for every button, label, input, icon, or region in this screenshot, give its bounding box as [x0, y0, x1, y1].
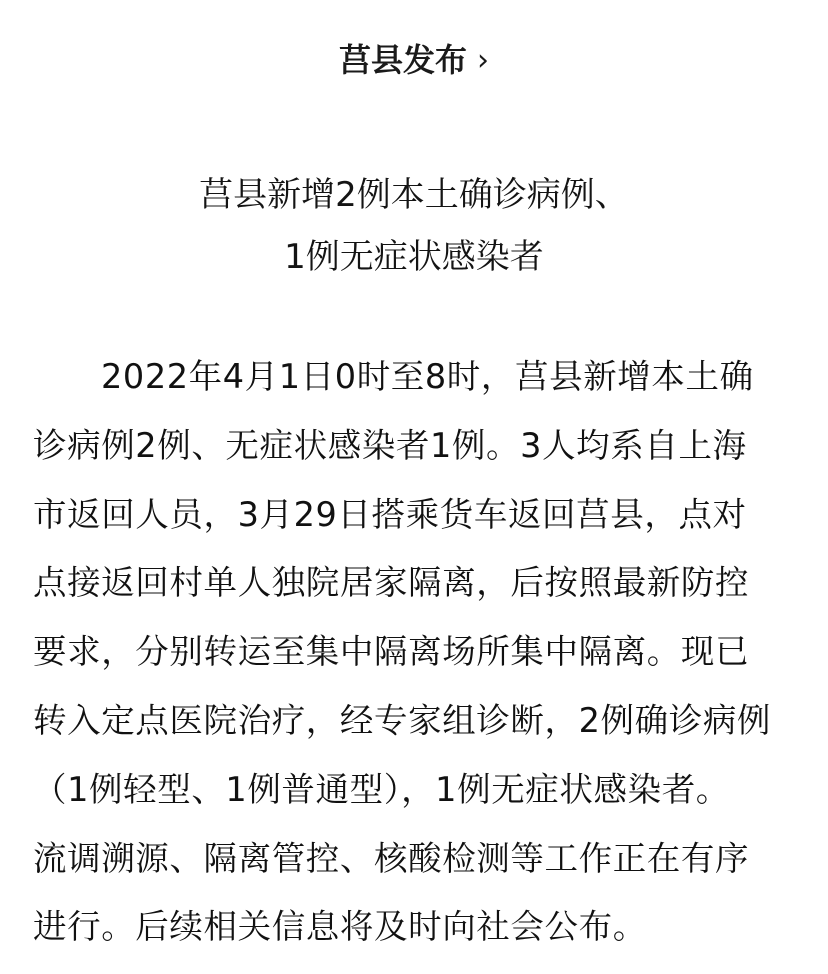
- article-title-line: 莒县新增2例本土确诊病例、: [0, 164, 828, 226]
- article-body: 2022年4月1日0时至8时，莒县新增本土确 诊病例2例、无症状感染者1例。3人…: [33, 343, 797, 962]
- chevron-right-icon: ›: [477, 37, 489, 85]
- article-title: 莒县新增2例本土确诊病例、 1例无症状感染者: [0, 164, 828, 288]
- article-body-line: 转入定点医院治疗，经专家组诊断，2例确诊病例: [33, 687, 797, 756]
- article-title-line: 1例无症状感染者: [0, 226, 828, 288]
- article-body-line: 流调溯源、隔离管控、核酸检测等工作正在有序: [33, 825, 797, 894]
- article-body-line: 进行。后续相关信息将及时向社会公布。: [33, 893, 797, 962]
- account-header-link[interactable]: 莒县发布›: [0, 36, 828, 85]
- article-body-line: 点接返回村单人独院居家隔离，后按照最新防控: [33, 549, 797, 618]
- article-body-line: 要求，分别转运至集中隔离场所集中隔离。现已: [33, 618, 797, 687]
- article-body-line: 2022年4月1日0时至8时，莒县新增本土确: [33, 343, 797, 412]
- article-body-line: 诊病例2例、无症状感染者1例。3人均系自上海: [33, 412, 797, 481]
- account-name: 莒县发布: [339, 41, 467, 79]
- article-body-line: （1例轻型、1例普通型），1例无症状感染者。: [33, 756, 797, 825]
- article-body-line: 市返回人员，3月29日搭乘货车返回莒县，点对: [33, 481, 797, 550]
